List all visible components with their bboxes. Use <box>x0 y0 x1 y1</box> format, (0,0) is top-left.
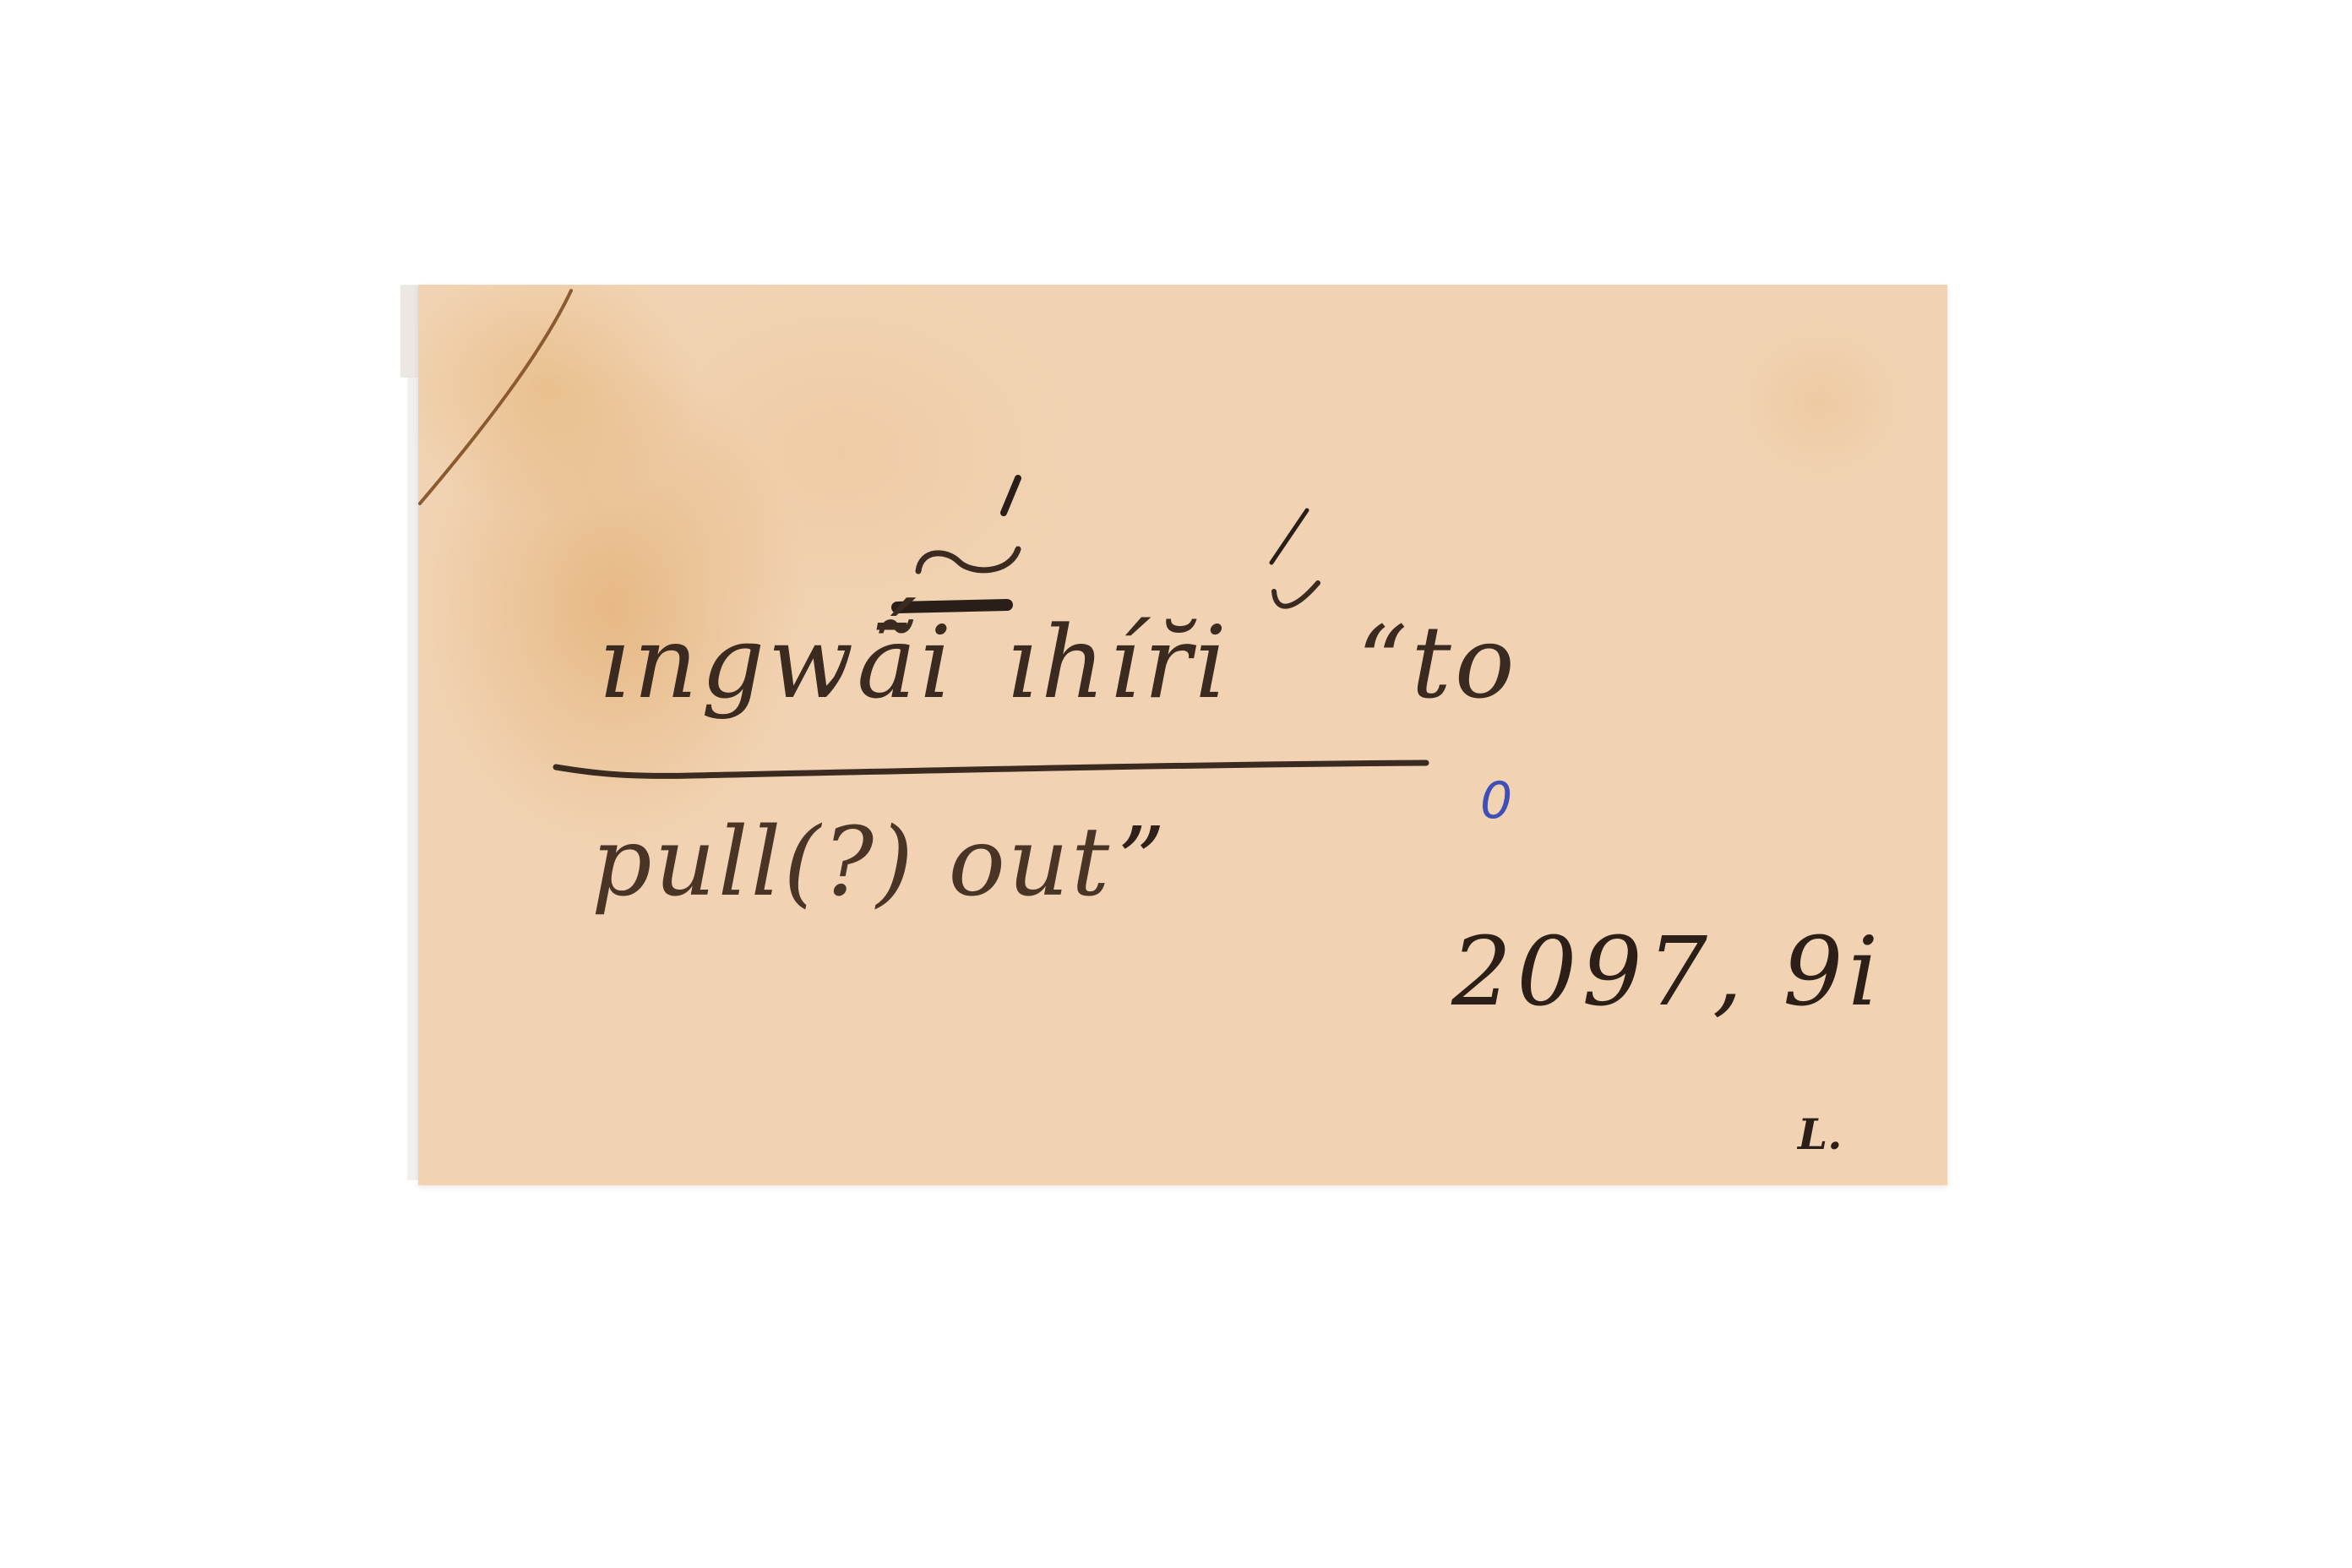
headword-line: ıngwā̃́iıhír̆i“to <box>598 612 1518 712</box>
headword-word-1: ıngwā̃́i <box>598 604 955 721</box>
headword-underline <box>556 763 1426 776</box>
corner-slash-mark <box>420 291 571 504</box>
acute-mark-2 <box>1271 510 1307 563</box>
blue-pencil-mark: 0 <box>1480 776 1512 826</box>
headword-word-2: ıhír̆i <box>1005 604 1230 721</box>
breve-mark <box>1274 583 1318 607</box>
ink-strokes <box>0 0 2352 1568</box>
catalog-number: 2097, 9i <box>1451 925 1883 1020</box>
photo-stage: ıngwā̃́iıhír̆i“to pull(?) out” 0 2097, 9… <box>0 0 2352 1568</box>
gloss-opening: “to <box>1357 604 1518 721</box>
tilde-mark <box>918 549 1018 571</box>
gloss-closing-quote: ” <box>1117 808 1168 917</box>
acute-mark-1 <box>1004 478 1018 513</box>
author-initial: L. <box>1798 1113 1843 1156</box>
gloss-line: pull(?) out” <box>591 815 1168 910</box>
gloss-text: pull(?) out <box>591 808 1112 917</box>
